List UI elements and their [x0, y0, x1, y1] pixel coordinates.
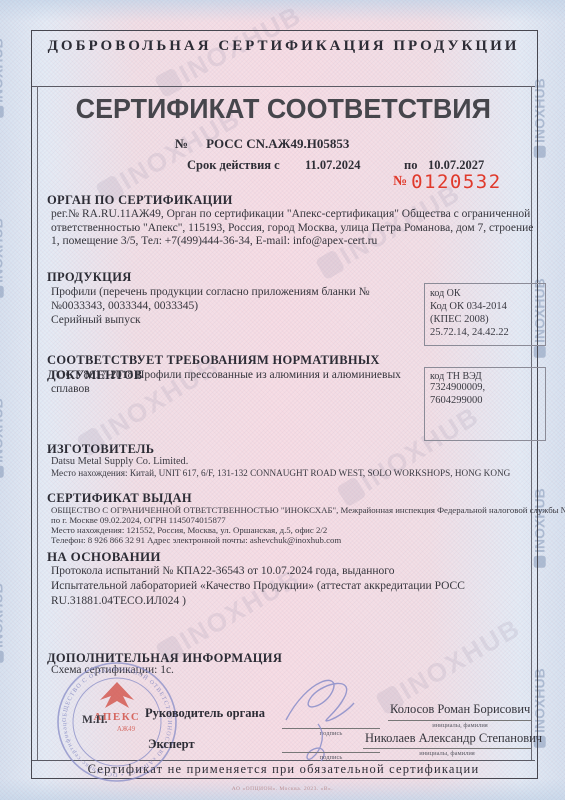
- blank-number-digits: 0120532: [411, 171, 502, 193]
- certificate-page: INOXHUB INOXHUB INOXHUB INOXHUB INOXHUB …: [0, 0, 565, 800]
- blank-number-sign: №: [393, 174, 407, 189]
- inoxhub-logo-icon: [0, 286, 4, 298]
- head-name-line: [388, 720, 532, 721]
- certificate-number: РОСС CN.АЖ49.Н05853: [206, 136, 349, 151]
- expert-name-caption: инициалы, фамилия: [363, 750, 531, 757]
- section-manufacturer-title: ИЗГОТОВИТЕЛЬ: [47, 442, 154, 457]
- inoxhub-logo-icon: [0, 651, 4, 663]
- code-ok-box: код ОК Код ОК 034-2014 (КПЕС 2008) 25.72…: [424, 283, 546, 346]
- page-title: СЕРТИФИКАТ СООТВЕТСТВИЯ: [31, 93, 536, 125]
- code-tnved-line: 7604299000: [430, 394, 540, 408]
- expert-name: Николаев Александр Степанович: [365, 731, 542, 746]
- certificate-number-row: №РОСС CN.АЖ49.Н05853: [175, 136, 349, 152]
- stamp-place-label: М.П.: [82, 714, 108, 726]
- expert-label: Эксперт: [148, 737, 195, 752]
- watermark-text: INOXHUB: [0, 218, 6, 283]
- section-production-title: ПРОДУКЦИЯ: [47, 270, 132, 285]
- manufacturer-address: Место нахождения: Китай, UNIT 617, 6/F, …: [51, 468, 510, 478]
- code-ok-label: код ОК: [430, 287, 540, 300]
- code-tnved-label: код ТН ВЭД: [430, 371, 540, 382]
- header-banner: ДОБРОВОЛЬНАЯ СЕРТИФИКАЦИЯ ПРОДУКЦИИ: [31, 38, 536, 55]
- section-organ-title: ОРГАН ПО СЕРТИФИКАЦИИ: [47, 193, 233, 208]
- expert-name-line: [363, 748, 531, 749]
- watermark: INOXHUB: [0, 398, 6, 477]
- watermark-text: INOXHUB: [0, 38, 6, 103]
- blank-number: № 0120532: [393, 171, 502, 193]
- head-name: Колосов Роман Борисович: [390, 702, 530, 717]
- watermark-text: INOXHUB: [0, 398, 6, 463]
- section-conformity-body: ГОСТ 8617-2018 Профили прессованные из а…: [51, 369, 401, 396]
- watermark: INOXHUB: [0, 38, 6, 117]
- section-basis-body: Протокола испытаний № КПА22-36543 от 10.…: [51, 564, 471, 609]
- head-name-caption: инициалы, фамилия: [388, 722, 532, 729]
- code-ok-line: 25.72.14, 24.42.22: [430, 326, 540, 339]
- stamp-emblem-icon: [100, 682, 134, 708]
- stamp-center-sub: АЖ49: [117, 725, 136, 733]
- print-info: АО «ОПЦИОН». Москва. 2023. «В».: [0, 786, 565, 792]
- section-production-body: Профили (перечень продукции согласно при…: [51, 286, 396, 313]
- watermark: INOXHUB: [0, 583, 6, 662]
- section-organ-body: рег.№ RA.RU.11АЖ49, Орган по сертификаци…: [51, 208, 538, 249]
- footer-note: Сертификат не применяется при обязательн…: [31, 762, 536, 777]
- header-separator: [32, 86, 535, 87]
- code-ok-line: (КПЕС 2008): [430, 313, 540, 326]
- certificate-number-label: №: [175, 136, 188, 151]
- section-issued-title: СЕРТИФИКАТ ВЫДАН: [47, 491, 192, 506]
- head-of-body-label: Руководитель органа: [145, 706, 265, 721]
- head-signature: [278, 670, 378, 728]
- section-basis-title: НА ОСНОВАНИИ: [47, 549, 161, 565]
- issued-line4: Телефон: 8 926 866 32 91 Адрес электронн…: [51, 535, 341, 546]
- inoxhub-logo-icon: [0, 466, 4, 478]
- inoxhub-logo-icon: [0, 106, 4, 118]
- code-ok-line: Код ОК 034-2014: [430, 300, 540, 313]
- code-tnved-line: 7324900009,: [430, 382, 540, 394]
- inner-left-rule: [37, 86, 38, 760]
- page-title-text: СЕРТИФИКАТ СООТВЕТСТВИЯ: [76, 93, 491, 125]
- manufacturer-name: Datsu Metal Supply Co. Limited.: [51, 456, 188, 467]
- watermark: INOXHUB: [0, 218, 6, 297]
- section-production-serial: Серийный выпуск: [51, 314, 141, 328]
- watermark-text: INOXHUB: [0, 583, 6, 648]
- code-tnved-box: код ТН ВЭД 7324900009, 7604299000: [424, 367, 546, 441]
- validity-label: Срок действия с: [187, 158, 280, 173]
- validity-from: 11.07.2024: [305, 158, 361, 173]
